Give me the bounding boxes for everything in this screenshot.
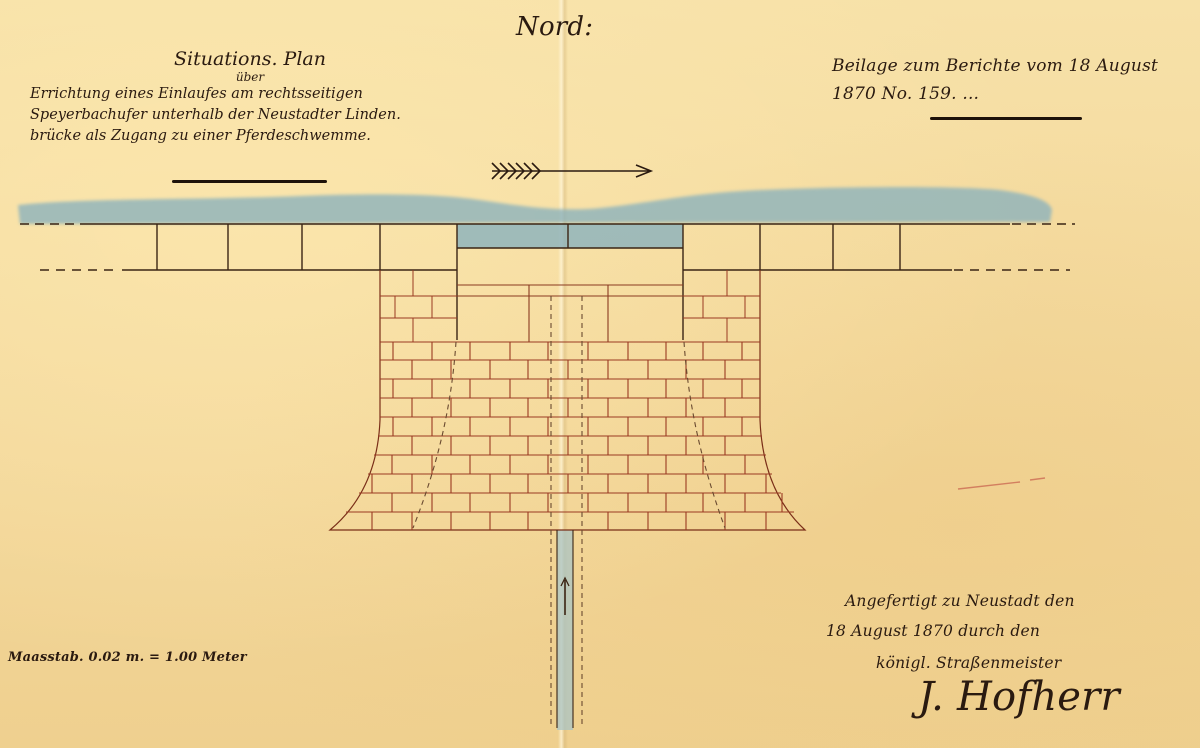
- attestation-line-1: Angefertigt zu Neustadt den: [845, 592, 1075, 610]
- title-line-1: Errichtung eines Einlaufes am rechtsseit…: [30, 84, 470, 105]
- reference-underline: [930, 117, 1082, 120]
- river-water: [18, 187, 1052, 730]
- reference-line-1: Beilage zum Berichte vom 18 August: [832, 56, 1158, 76]
- attestation-line-3: königl. Straßenmeister: [876, 654, 1061, 672]
- title-block: Situations. Plan über Errichtung eines E…: [30, 42, 470, 147]
- title-line-3: brücke als Zugang zu einer Pferdeschwemm…: [30, 126, 470, 147]
- stray-marks: [958, 478, 1045, 489]
- scale-label: Maasstab. 0.02 m. = 1.00 Meter: [8, 650, 247, 665]
- flow-direction-arrow: [492, 163, 651, 179]
- north-label: Nord:: [516, 12, 593, 42]
- title-line-2: Speyerbachufer unterhalb der Neustadter …: [30, 105, 470, 126]
- reference-line-2: 1870 No. 159. ...: [832, 84, 979, 104]
- landing-slabs: [457, 285, 683, 342]
- title-main: Situations. Plan: [30, 48, 470, 70]
- title-connector: über: [30, 70, 470, 84]
- title-underline: [172, 180, 327, 183]
- attestation-line-2: 18 August 1870 durch den: [826, 622, 1040, 640]
- signature: J. Hofherr: [918, 674, 1120, 720]
